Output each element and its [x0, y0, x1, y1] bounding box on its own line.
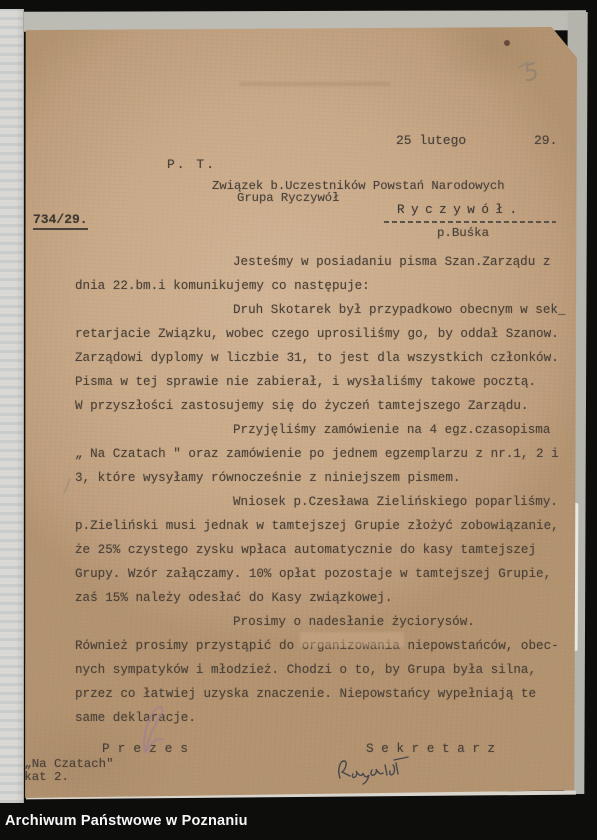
body-line: Grupy. Wzór załączamy. 10% opłat pozosta…	[75, 562, 569, 586]
body-line: W przyszłości zastosujemy się do życzeń …	[75, 394, 569, 418]
faded-ink-smudge	[300, 632, 404, 647]
ink-spot	[504, 40, 510, 46]
handwritten-paraf	[128, 703, 180, 759]
body-line: Jesteśmy w posiadaniu pisma Szan.Zarządu…	[75, 250, 569, 274]
archive-watermark: Archiwum Państwowe w Poznaniu	[5, 813, 248, 829]
body-line: retarjacie Związku, wobec czego uprosili…	[75, 322, 569, 346]
date: 25 lutego	[396, 133, 466, 148]
body-line: Zarządowi dyplomy w liczbie 31, to jest …	[75, 346, 569, 370]
body-line: „ Na Czatach " oraz zamówienie po jednem…	[75, 442, 569, 466]
adjacent-page-edge-strip	[0, 9, 24, 803]
place-name: Ryczywół.	[397, 203, 524, 217]
body-line: że 25% czystego zysku wpłaca automatyczn…	[75, 538, 569, 562]
body-line: zaś 15% należy odesłać do Kasy związkowe…	[75, 586, 569, 610]
handwritten-signature	[332, 754, 414, 786]
body-line: Prosimy o nadesłanie życiorysów.	[75, 610, 569, 634]
organization-group: Grupa Ryczywół	[237, 191, 339, 205]
faint-smudge	[240, 82, 390, 86]
body-line: nych sympatyków i młodzież. Chodzi o to,…	[75, 658, 569, 682]
scanned-letter-page: 25 lutego 29. P. T. Związek b.Uczestnikó…	[0, 0, 597, 840]
body-line: Druh Skotarek był przypadkowo obecnym w …	[75, 298, 569, 322]
body-line: Pisma w tej sprawie nie zabierał, i wysł…	[75, 370, 569, 394]
body-line: p.Zieliński musi jednak w tamtejszej Gru…	[75, 514, 569, 538]
body-line: Wniosek p.Czesława Zielińskiego poparliś…	[75, 490, 569, 514]
body-line: Przyjęliśmy zamówienie na 4 egz.czasopis…	[75, 418, 569, 442]
letter-body: Jesteśmy w posiadaniu pisma Szan.Zarządu…	[75, 250, 569, 730]
dashed-underline	[384, 221, 556, 223]
body-line: 3, które wysyłamy równocześnie z niniejs…	[75, 466, 569, 490]
body-line: dnia 22.bm.i komunikujemy co następuje:	[75, 274, 569, 298]
salutation: P. T.	[167, 157, 216, 172]
post-office: p.Buśka	[437, 226, 489, 240]
date-year: 29.	[534, 133, 557, 148]
reference-number: 734/29.	[33, 212, 88, 230]
